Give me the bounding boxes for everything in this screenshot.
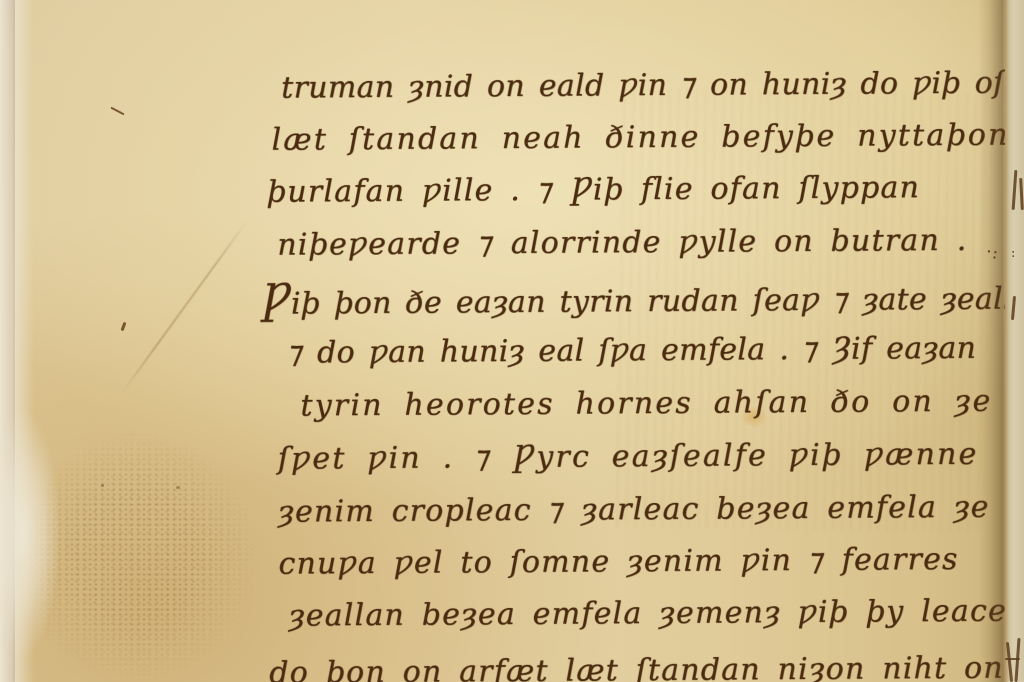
text-line: ſƿet ƿin . ⁊ Ƿyrc eaȝſealfe ƿiþ ƿænne [278,440,979,475]
adjacent-page-ink-fragment [1019,178,1024,210]
gutter-fold-shadow [978,0,1006,682]
text-line: truman ȝnid on eald ƿin ⁊ on huniȝ do ƿi… [281,68,1024,103]
text-line: ȝenim cropleac ⁊ ȝarleac beȝea emfela ȝe [278,493,990,528]
text-line: þurlafan ƿille . ⁊ Ƿiþ flie ofan ſlyppan [267,173,920,208]
adjacent-page-ink-fragment [1006,642,1013,682]
text-line: tyrin heorotes hornes ahſan ðo on ȝe [300,387,992,422]
manuscript-text-block: truman ȝnid on eald ƿin ⁊ on huniȝ do ƿi… [0,0,1024,682]
text-line: niþeƿearde ⁊ alorrinde ƿylle on butran . [277,226,967,261]
text-line: ȝeallan beȝea emfela ȝemenȝ ƿiþ þy leace [289,597,1007,632]
text-line: ⁊ do ƿan huniȝ eal ſƿa emfela . ⁊ Ȝif ea… [288,334,976,369]
text-line: læt ſtandan neah ðinne befyþe nyttaþon [271,121,1009,156]
text-line: do þon on arfæt læt ſtandan niȝon niht o… [269,653,1024,682]
text-line: Ƿiþ þon ðe eaȝan tyrin rudan ſeaƿ ⁊ ȝate… [262,279,1024,320]
adjacent-page-sliver: : [1005,0,1024,682]
adjacent-page-ink-fragment [1011,296,1016,320]
text-line: cnuƿa ƿel to ſomne ȝenim ƿin ⁊ fearres [278,545,958,580]
adjacent-page-punctuation-mark: : [1011,246,1015,261]
adjacent-page-ink-fragment [1005,658,1020,660]
adjacent-page-ink-fragment [1012,170,1018,210]
manuscript-page-photo: truman ȝnid on eald ƿin ⁊ on huniȝ do ƿi… [0,0,1024,682]
